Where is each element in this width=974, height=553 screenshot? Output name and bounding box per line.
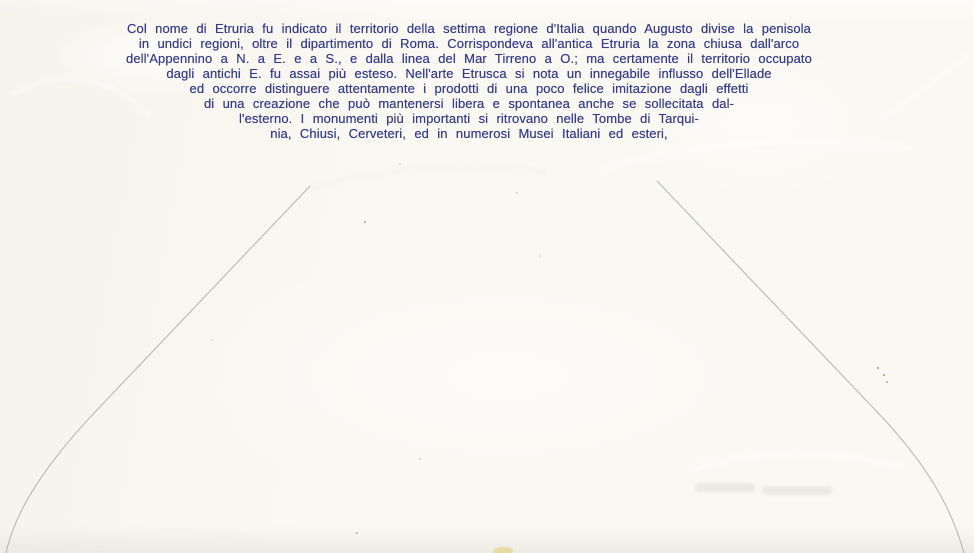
- dust-speck: [364, 221, 366, 223]
- paragraph-line: in undici regioni, oltre il dipartimento…: [79, 36, 859, 51]
- paper-crease: [880, 55, 968, 120]
- dust-speck-group: [211, 163, 888, 534]
- stain-spot: [493, 547, 513, 553]
- etruria-text-block: Col nome di Etruria fu indicato il terri…: [79, 21, 859, 141]
- dust-speck: [356, 532, 358, 534]
- paragraph-line: di una creazione che può mantenersi libe…: [79, 96, 859, 111]
- paper-crease: [690, 453, 905, 470]
- dust-speck: [399, 163, 401, 165]
- show-through-smudge: [695, 483, 832, 495]
- paragraph-line: ed occorre distinguere attentamente i pr…: [79, 81, 859, 96]
- dust-speck: [539, 255, 541, 257]
- paragraph-line: Col nome di Etruria fu indicato il terri…: [79, 21, 859, 36]
- paper-crease: [308, 168, 545, 188]
- flap-edge-right-line: [657, 181, 964, 553]
- flap-edge-left-line: [6, 186, 310, 553]
- paragraph-line: l'esterno. I monumenti più importanti si…: [79, 111, 859, 126]
- envelope-back: Col nome di Etruria fu indicato il terri…: [0, 0, 974, 553]
- dust-speck: [883, 374, 885, 376]
- paragraph-line: dell'Appennino a N. a E. e a S., e dalla…: [79, 51, 859, 66]
- dust-speck: [419, 458, 421, 460]
- dust-speck: [877, 367, 879, 369]
- dust-speck: [211, 339, 213, 341]
- paper-crease: [600, 142, 910, 170]
- paragraph-line: dagli antichi E. fu assai più esteso. Ne…: [79, 66, 859, 81]
- dust-speck: [886, 381, 888, 383]
- dust-speck: [516, 192, 518, 194]
- paragraph-line: nia, Chiusi, Cerveteri, ed in numerosi M…: [79, 126, 859, 141]
